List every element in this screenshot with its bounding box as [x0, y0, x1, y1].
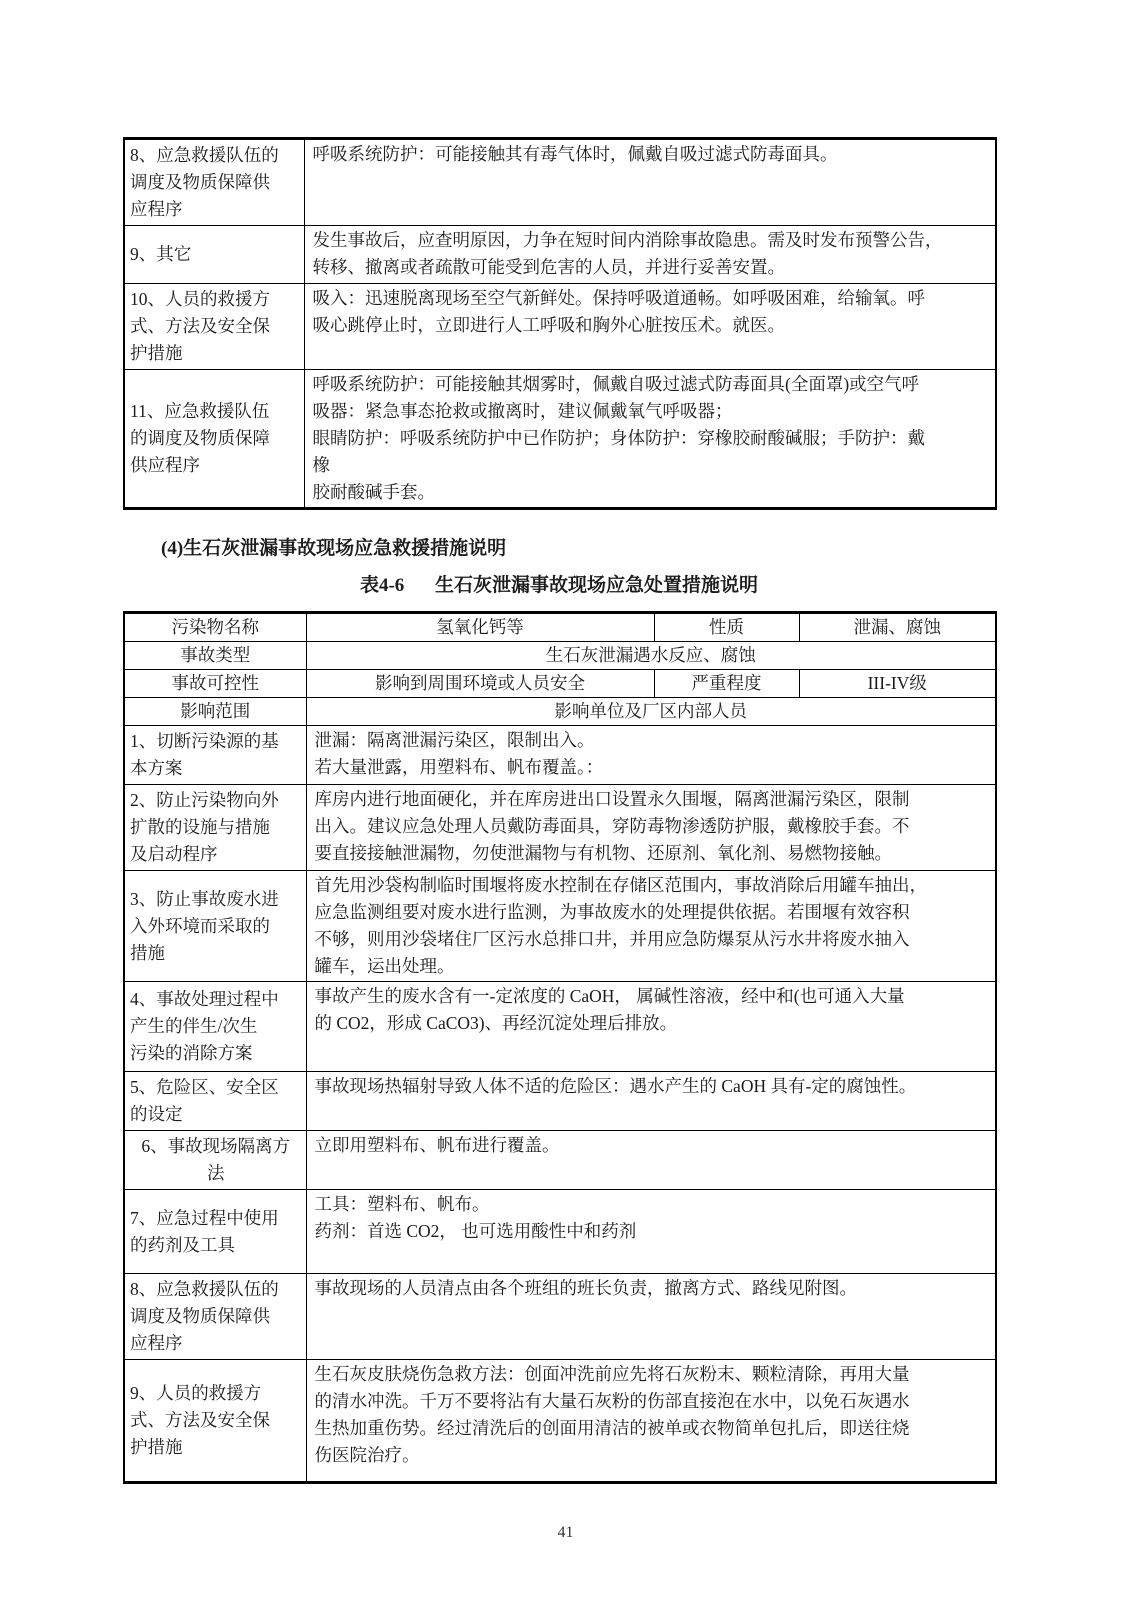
table-row: 5、危险区、安全区 的设定 事故现场热辐射导致人体不适的危险区：遇水产生的 Ca…	[124, 1072, 996, 1131]
header-cell: 性质	[654, 613, 799, 642]
emergency-measures-table: 污染物名称 氢氧化钙等 性质 泄漏、腐蚀 事故类型 生石灰泄漏遇水反应、腐蚀 事…	[123, 611, 997, 1484]
table-caption-label: 表4-6	[360, 575, 404, 596]
table-row: 2、防止污染物向外 扩散的设施与措施 及启动程序 库房内进行地面硬化，并在库房进…	[124, 785, 996, 871]
row-label-cell: 11、应急救援队伍 的调度及物质保障 供应程序	[124, 370, 304, 509]
row-label-cell: 4、事故处理过程中 产生的伴生/次生 污染的消除方案	[124, 982, 306, 1072]
table-row: 3、防止事故废水进 入外环境而采取的 措施 首先用沙袋构制临时围堰将废水控制在存…	[124, 871, 996, 982]
header-cell: 事故类型	[124, 642, 306, 670]
row-content-cell: 库房内进行地面硬化，并在库房进出口设置永久围堰，隔离泄漏污染区，限制 出入。建议…	[306, 785, 996, 871]
table-header-row: 事故类型 生石灰泄漏遇水反应、腐蚀	[124, 642, 996, 670]
continuation-table: 8、应急救援队伍的 调度及物质保障供 应程序 呼吸系统防护：可能接触其有毒气体时…	[123, 137, 997, 510]
row-label-cell: 9、其它	[124, 226, 304, 284]
table-row: 10、人员的救援方 式、方法及安全保 护措施 吸入：迅速脱离现场至空气新鲜处。保…	[124, 284, 996, 370]
row-label-cell: 5、危险区、安全区 的设定	[124, 1072, 306, 1131]
header-cell: 生石灰泄漏遇水反应、腐蚀	[306, 642, 996, 670]
row-content-cell: 生石灰皮肤烧伤急救方法：创面冲洗前应先将石灰粉末、颗粒清除，再用大量 的清水冲洗…	[306, 1360, 996, 1483]
table-row: 4、事故处理过程中 产生的伴生/次生 污染的消除方案 事故产生的废水含有一-定浓…	[124, 982, 996, 1072]
row-label-cell: 7、应急过程中使用 的药剂及工具	[124, 1190, 306, 1274]
row-label-cell: 3、防止事故废水进 入外环境而采取的 措施	[124, 871, 306, 982]
row-content-cell: 呼吸系统防护：可能接触其烟雾时，佩戴自吸过滤式防毒面具(全面罩)或空气呼 吸器：…	[304, 370, 996, 509]
header-cell: 事故可控性	[124, 670, 306, 698]
table-header-row: 污染物名称 氢氧化钙等 性质 泄漏、腐蚀	[124, 613, 996, 642]
row-content-cell: 呼吸系统防护：可能接触其有毒气体时，佩戴自吸过滤式防毒面具。	[304, 139, 996, 226]
table-row: 9、其它 发生事故后，应查明原因，力争在短时间内消除事故隐患。需及时发布预警公告…	[124, 226, 996, 284]
header-cell: 严重程度	[654, 670, 799, 698]
header-cell: 影响单位及厂区内部人员	[306, 698, 996, 726]
table-row: 8、应急救援队伍的 调度及物质保障供 应程序 事故现场的人员清点由各个班组的班长…	[124, 1274, 996, 1360]
page-content: 8、应急救援队伍的 调度及物质保障供 应程序 呼吸系统防护：可能接触其有毒气体时…	[123, 137, 995, 1484]
page-number: 41	[0, 1524, 1131, 1542]
row-content-cell: 工具：塑料布、帆布。 药剂：首选 CO2， 也可选用酸性中和药剂	[306, 1190, 996, 1274]
row-label-cell: 10、人员的救援方 式、方法及安全保 护措施	[124, 284, 304, 370]
row-label-cell: 8、应急救援队伍的 调度及物质保障供 应程序	[124, 139, 304, 226]
row-content-cell: 事故现场的人员清点由各个班组的班长负责，撤离方式、路线见附图。	[306, 1274, 996, 1360]
row-content-cell: 发生事故后，应查明原因，力争在短时间内消除事故隐患。需及时发布预警公告， 转移、…	[304, 226, 996, 284]
row-content-cell: 吸入：迅速脱离现场至空气新鲜处。保持呼吸道通畅。如呼吸困难，给输氧。呼 吸心跳停…	[304, 284, 996, 370]
header-cell: 影响范围	[124, 698, 306, 726]
header-cell: 氢氧化钙等	[306, 613, 654, 642]
document-page: 8、应急救援队伍的 调度及物质保障供 应程序 呼吸系统防护：可能接触其有毒气体时…	[0, 0, 1131, 1600]
table-caption-title: 生石灰泄漏事故现场应急处置措施说明	[435, 575, 758, 596]
table-header-row: 事故可控性 影响到周围环境或人员安全 严重程度 III-IV级	[124, 670, 996, 698]
row-content-cell: 事故产生的废水含有一-定浓度的 CaOH， 属碱性溶液，经中和(也可通入大量 的…	[306, 982, 996, 1072]
row-label-cell: 1、切断污染源的基 本方案	[124, 726, 306, 785]
row-label-cell: 6、事故现场隔离方 法	[124, 1131, 306, 1190]
row-content-cell: 立即用塑料布、帆布进行覆盖。	[306, 1131, 996, 1190]
row-content-cell: 首先用沙袋构制临时围堰将废水控制在存储区范围内，事故消除后用罐车抽出， 应急监测…	[306, 871, 996, 982]
header-cell: 泄漏、腐蚀	[799, 613, 996, 642]
row-label-cell: 8、应急救援队伍的 调度及物质保障供 应程序	[124, 1274, 306, 1360]
table-row: 6、事故现场隔离方 法 立即用塑料布、帆布进行覆盖。	[124, 1131, 996, 1190]
table-caption: 表4-6 生石灰泄漏事故现场应急处置措施说明	[123, 572, 995, 600]
table-row: 11、应急救援队伍 的调度及物质保障 供应程序 呼吸系统防护：可能接触其烟雾时，…	[124, 370, 996, 509]
row-label-cell: 2、防止污染物向外 扩散的设施与措施 及启动程序	[124, 785, 306, 871]
row-content-cell: 事故现场热辐射导致人体不适的危险区：遇水产生的 CaOH 具有-定的腐蚀性。	[306, 1072, 996, 1131]
table-header-row: 影响范围 影响单位及厂区内部人员	[124, 698, 996, 726]
section-heading: (4)生石灰泄漏事故现场应急救援措施说明	[161, 536, 995, 562]
row-label-cell: 9、人员的救援方 式、方法及安全保 护措施	[124, 1360, 306, 1483]
table-row: 7、应急过程中使用 的药剂及工具 工具：塑料布、帆布。 药剂：首选 CO2， 也…	[124, 1190, 996, 1274]
header-cell: 影响到周围环境或人员安全	[306, 670, 654, 698]
header-cell: III-IV级	[799, 670, 996, 698]
table-row: 9、人员的救援方 式、方法及安全保 护措施 生石灰皮肤烧伤急救方法：创面冲洗前应…	[124, 1360, 996, 1483]
header-cell: 污染物名称	[124, 613, 306, 642]
table-row: 8、应急救援队伍的 调度及物质保障供 应程序 呼吸系统防护：可能接触其有毒气体时…	[124, 139, 996, 226]
row-content-cell: 泄漏：隔离泄漏污染区，限制出入。 若大量泄露，用塑料布、帆布覆盖。：	[306, 726, 996, 785]
table-row: 1、切断污染源的基 本方案 泄漏：隔离泄漏污染区，限制出入。 若大量泄露，用塑料…	[124, 726, 996, 785]
